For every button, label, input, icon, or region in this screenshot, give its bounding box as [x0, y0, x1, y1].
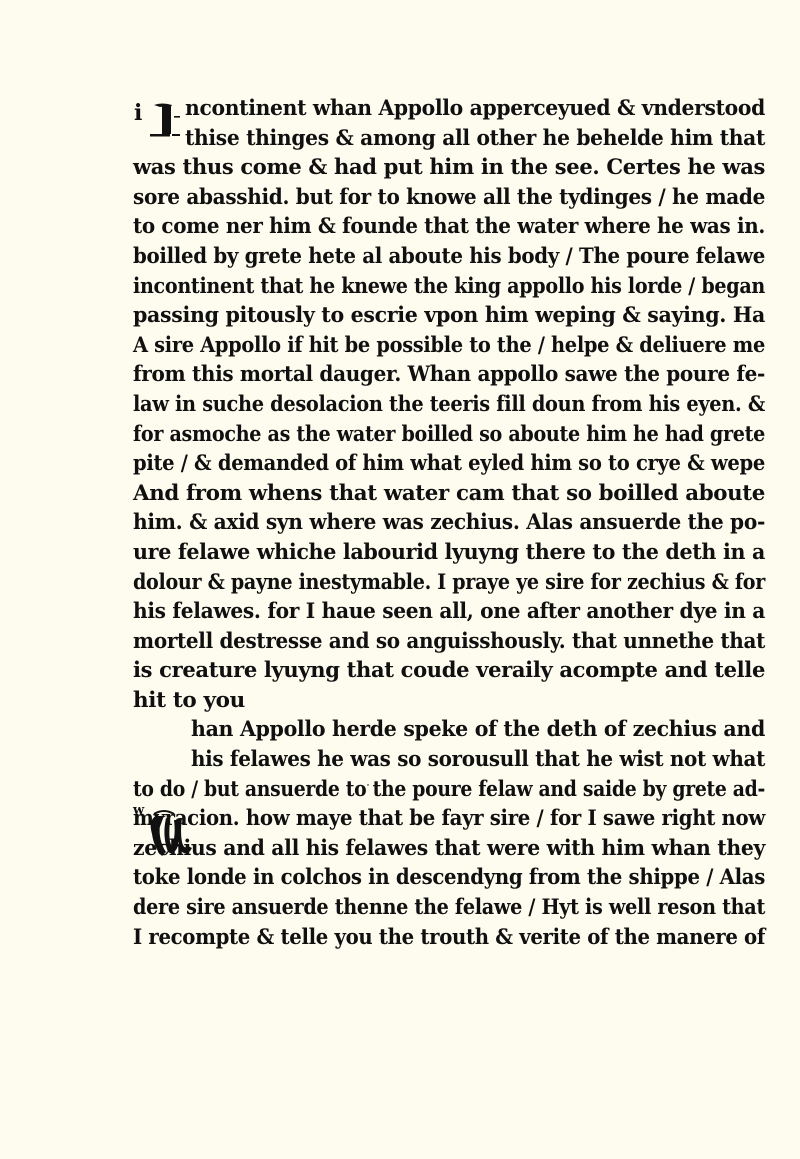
text-line: sore abasshid. but for to knowe all the …: [133, 183, 765, 213]
text-line: for asmoche as the water boilled so abou…: [133, 420, 765, 450]
text-line: toke londe in colchos in descendyng from…: [133, 863, 765, 893]
text-line: han Appollo herde speke of the deth of z…: [133, 715, 765, 745]
text-line: hit to you: [133, 686, 765, 716]
text-line: dolour & payne inestymable. I praye ye s…: [133, 568, 765, 598]
text-line: ncontinent whan Appollo apperceyued & vn…: [133, 94, 765, 124]
text-line: myracion. how maye that be fayr sire / f…: [133, 804, 765, 834]
text-line: A sire Appollo if hit be possible to the…: [133, 331, 765, 361]
text-line: is creature lyuyng that coude veraily ac…: [133, 656, 765, 686]
text-line: his felawes. for I haue seen all, one af…: [133, 597, 765, 627]
paragraph-2: han Appollo herde speke of the deth of z…: [133, 715, 765, 952]
text-line: mortell destresse and so anguisshously. …: [133, 627, 765, 657]
text-line: was thus come & had put him in the see. …: [133, 153, 765, 183]
paragraph-1: ncontinent whan Appollo apperceyued & vn…: [133, 94, 765, 715]
text-line: boilled by grete hete al aboute his body…: [133, 242, 765, 272]
text-line: to come ner him & founde that the water …: [133, 212, 765, 242]
text-line: I recompte & telle you the trouth & veri…: [133, 923, 765, 953]
text-line: to do / but ansuerde to the poure felaw …: [133, 775, 765, 805]
text-line: incontinent that he knewe the king appol…: [133, 272, 765, 302]
text-line: law in suche desolacion the teeris fill …: [133, 390, 765, 420]
text-line: pite / & demanded of him what eyled him …: [133, 449, 765, 479]
text-line: his felawes he was so sorousull that he …: [133, 745, 765, 775]
text-line: ure felawe whiche labourid lyuyng there …: [133, 538, 765, 568]
text-line: passing pitously to escrie vpon him wepi…: [133, 301, 765, 331]
text-line: from this mortal dauger. Whan appollo sa…: [133, 360, 765, 390]
text-line: And from whens that water cam that so bo…: [133, 479, 765, 509]
text-line: thise thinges & among all other he behel…: [133, 124, 765, 154]
text-line: dere sire ansuerde thenne the felawe / H…: [133, 893, 765, 923]
manuscript-page: i w ncontinent whan Appollo apperceyued …: [0, 0, 800, 1159]
body-text: ncontinent whan Appollo apperceyued & vn…: [133, 94, 765, 952]
text-line: zechius and all his felawes that were wi…: [133, 834, 765, 864]
text-line: him. & axid syn where was zechius. Alas …: [133, 508, 765, 538]
